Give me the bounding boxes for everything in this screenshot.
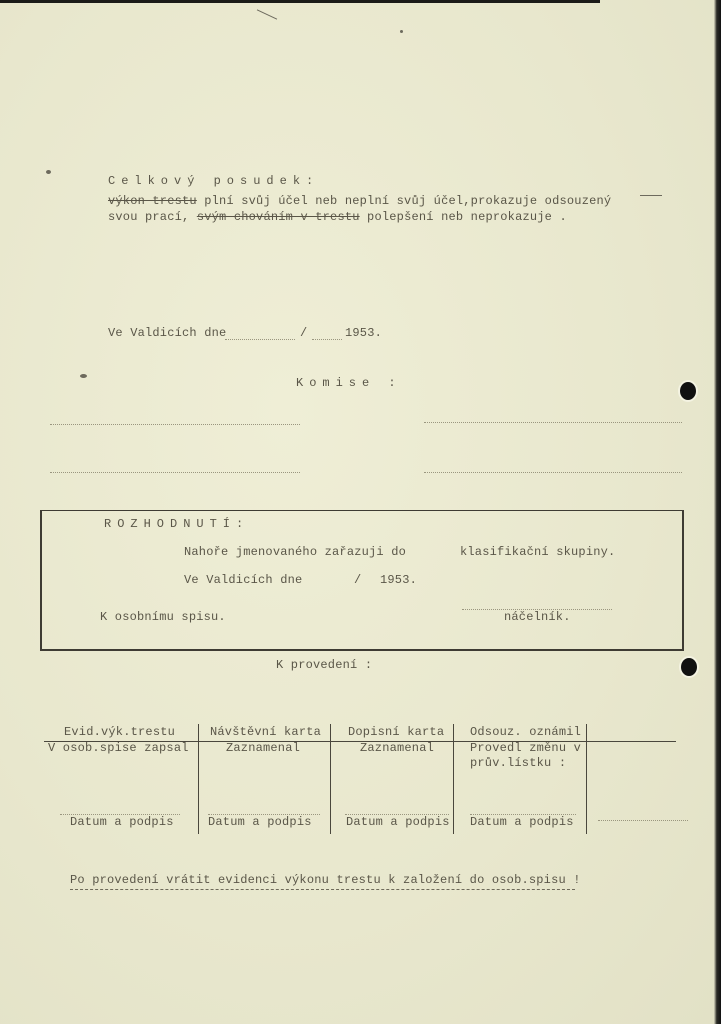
col-2-row: Zaznamenal bbox=[226, 741, 300, 755]
col-1-header: Evid.výk.trestu bbox=[64, 725, 175, 739]
group-text: klasifikační skupiny. bbox=[460, 545, 615, 559]
assessment-text: svou prací, bbox=[108, 210, 197, 224]
assessment-heading: Celkový posudek: bbox=[108, 174, 319, 188]
execution-heading: K provedení : bbox=[276, 658, 372, 672]
struck-text: svým chováním v trestu bbox=[197, 210, 360, 224]
col-1-row: V osob.spise zapsal bbox=[48, 741, 189, 755]
ink-mark bbox=[640, 195, 662, 196]
col-3-row: Zaznamenal bbox=[360, 741, 434, 755]
commission-signature-3[interactable] bbox=[50, 472, 300, 473]
extra-field[interactable] bbox=[598, 820, 688, 821]
document-page: Celkový posudek: výkon trestu plní svůj … bbox=[0, 0, 714, 1024]
punch-hole bbox=[680, 382, 696, 400]
commission-signature-2[interactable] bbox=[424, 422, 682, 423]
assessment-line-1: výkon trestu plní svůj účel neb neplní s… bbox=[108, 194, 611, 208]
decision-year: 1953. bbox=[380, 573, 417, 587]
ink-speck bbox=[46, 170, 51, 174]
decision-separator: / bbox=[354, 573, 361, 587]
ink-speck bbox=[400, 30, 403, 33]
col-2-header: Návštěvní karta bbox=[210, 725, 321, 739]
struck-text: výkon trestu bbox=[108, 194, 197, 208]
file-note: K osobnímu spisu. bbox=[100, 610, 226, 624]
col-3-footer: Datum a podpis bbox=[346, 815, 450, 829]
col-1-footer: Datum a podpis bbox=[70, 815, 174, 829]
column-divider bbox=[198, 724, 199, 834]
footer-note: Po provedení vrátit evidenci výkonu tres… bbox=[70, 873, 581, 887]
col-4-row-2: prův.lístku : bbox=[470, 756, 566, 770]
ink-speck bbox=[80, 374, 87, 378]
footer-note-underline bbox=[70, 889, 575, 890]
month-field[interactable] bbox=[312, 339, 342, 340]
col-4-row-1: Provedl změnu v bbox=[470, 741, 581, 755]
year: 1953. bbox=[345, 326, 382, 340]
punch-hole bbox=[681, 658, 697, 676]
date-separator: / bbox=[300, 326, 307, 340]
assessment-text: plní svůj účel neb neplní svůj účel,prok… bbox=[197, 194, 611, 208]
decision-heading: ROZHODNUTÍ: bbox=[104, 517, 249, 531]
col-4-footer: Datum a podpis bbox=[470, 815, 574, 829]
commission-signature-1[interactable] bbox=[50, 424, 300, 425]
scan-edge-right bbox=[714, 0, 721, 1024]
signature-title: náčelník. bbox=[504, 610, 571, 624]
scan-edge-top bbox=[0, 0, 600, 3]
commission-signature-4[interactable] bbox=[424, 472, 682, 473]
day-field[interactable] bbox=[225, 339, 295, 340]
ink-mark bbox=[257, 9, 277, 19]
place-date-label: Ve Valdicích dne bbox=[108, 326, 226, 340]
column-divider bbox=[330, 724, 331, 834]
col-2-footer: Datum a podpis bbox=[208, 815, 312, 829]
assessment-text: polepšení neb neprokazuje . bbox=[360, 210, 567, 224]
col-4-header: Odsouz. oznámil bbox=[470, 725, 581, 739]
assign-text: Nahoře jmenovaného zařazuji do bbox=[184, 545, 406, 559]
col-3-header: Dopisní karta bbox=[348, 725, 444, 739]
assessment-line-2: svou prací, svým chováním v trestu polep… bbox=[108, 210, 567, 224]
decision-place-date: Ve Valdicích dne bbox=[184, 573, 302, 587]
column-divider bbox=[586, 724, 587, 834]
decision-box: ROZHODNUTÍ: Nahoře jmenovaného zařazuji … bbox=[40, 510, 684, 651]
column-divider bbox=[453, 724, 454, 834]
commission-label: Komise : bbox=[296, 376, 402, 390]
